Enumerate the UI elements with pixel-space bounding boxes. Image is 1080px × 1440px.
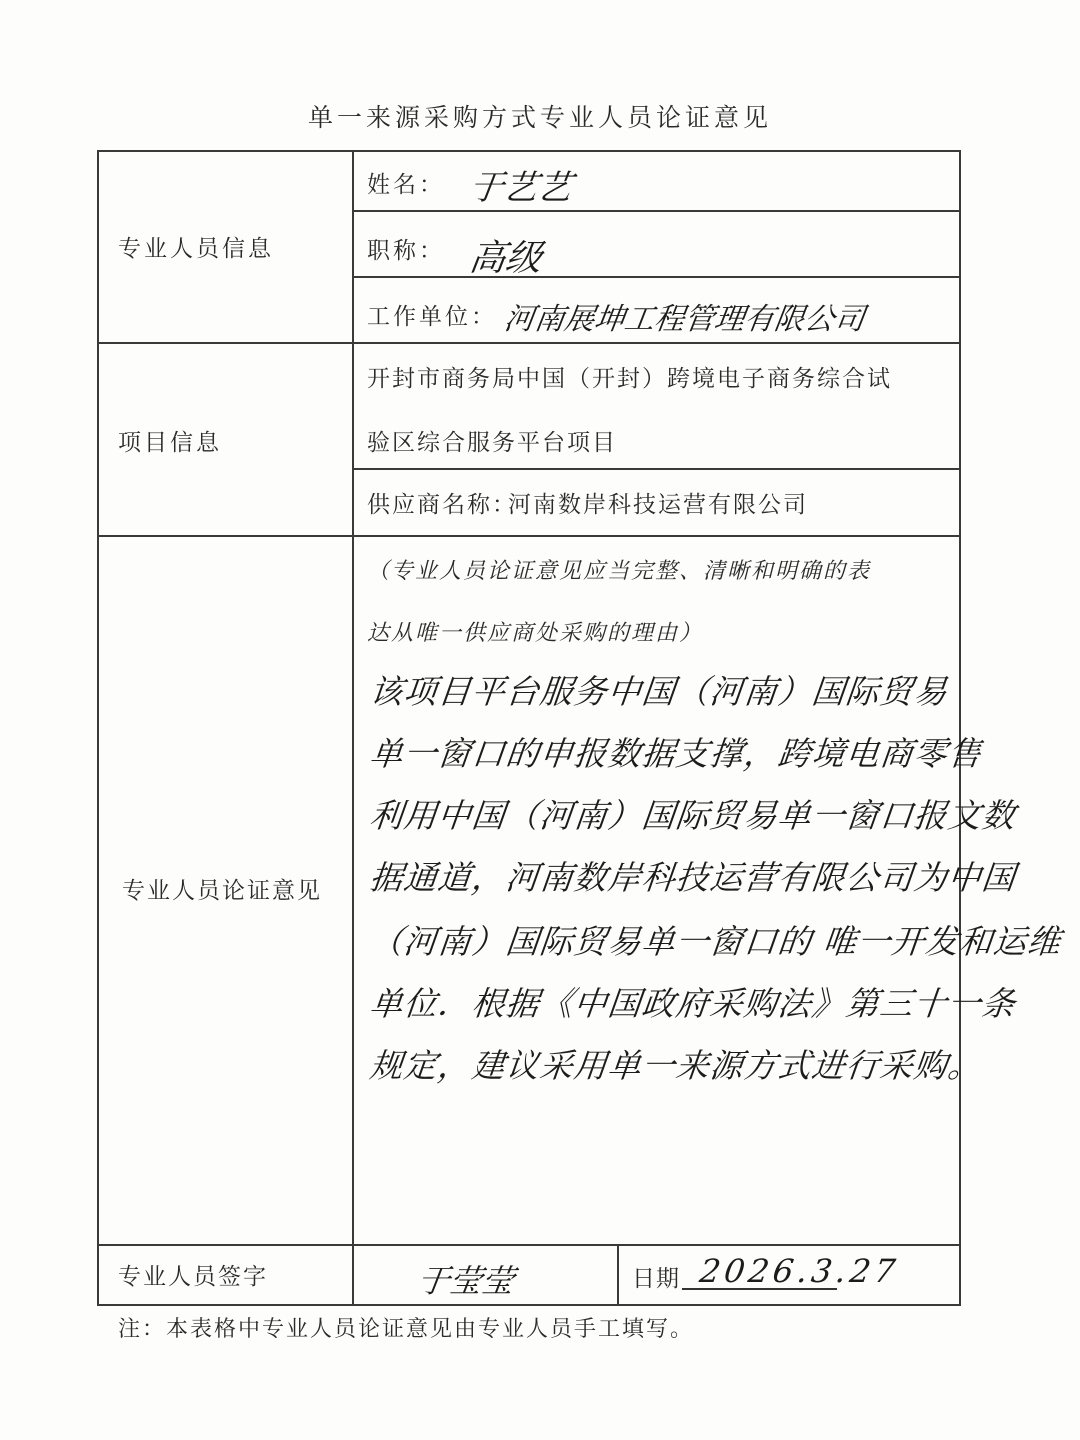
opinion-handwritten-line[interactable]: 利用中国（河南）国际贸易单一窗口报文数	[368, 790, 1019, 837]
opinion-handwritten-line[interactable]: 单一窗口的申报数据支撑，跨境电商零售	[368, 728, 985, 775]
column-divider	[352, 150, 354, 1306]
opinion-handwritten-line[interactable]: 规定，建议采用单一来源方式进行采购。	[368, 1040, 985, 1087]
employer-label: 工作单位：	[367, 298, 497, 331]
section-label-opinion: 专业人员论证意见	[122, 872, 322, 905]
opinion-hint-line1: （专业人员论证意见应当完整、清晰和明确的表	[367, 554, 871, 585]
date-label: 日期	[632, 1260, 680, 1293]
title-value[interactable]: 高级	[466, 230, 545, 281]
footnote: 注：本表格中专业人员论证意见由专业人员手工填写。	[118, 1312, 694, 1343]
section-label-personnel-info: 专业人员信息	[118, 230, 274, 263]
document-title: 单一来源采购方式专业人员论证意见	[0, 98, 1080, 134]
supplier-value: 河南数岸科技运营有限公司	[508, 486, 808, 519]
column-divider	[617, 1244, 619, 1306]
title-label: 职称：	[367, 232, 445, 265]
opinion-hint-line2: 达从唯一供应商处采购的理由）	[367, 616, 703, 647]
signature-value[interactable]: 于莹莹	[415, 1256, 517, 1302]
row-divider	[97, 1244, 961, 1246]
name-value[interactable]: 于艺艺	[467, 160, 576, 209]
supplier-label: 供应商名称：	[367, 486, 517, 519]
date-value[interactable]: 2026.3.27	[697, 1252, 901, 1290]
opinion-handwritten-line[interactable]: （河南）国际贸易单一窗口的 唯一开发和运维	[368, 916, 1064, 963]
name-label: 姓名：	[367, 166, 445, 199]
signature-label: 专业人员签字	[118, 1258, 268, 1291]
row-divider	[352, 210, 961, 212]
section-label-project-info: 项目信息	[118, 424, 222, 457]
row-divider	[97, 342, 961, 344]
opinion-handwritten-line[interactable]: 该项目平台服务中国（河南）国际贸易	[368, 666, 951, 713]
opinion-handwritten-line[interactable]: 据通道，河南数岸科技运营有限公司为中国	[368, 852, 1019, 899]
project-name-line2: 验区综合服务平台项目	[367, 424, 617, 457]
opinion-handwritten-line[interactable]: 单位．根据《中国政府采购法》第三十一条	[368, 978, 1019, 1025]
row-divider	[352, 276, 961, 278]
row-divider	[352, 468, 961, 470]
row-divider	[97, 535, 961, 537]
employer-value[interactable]: 河南展坤工程管理有限公司	[502, 294, 868, 338]
project-name-line1: 开封市商务局中国（开封）跨境电子商务综合试	[367, 360, 892, 393]
